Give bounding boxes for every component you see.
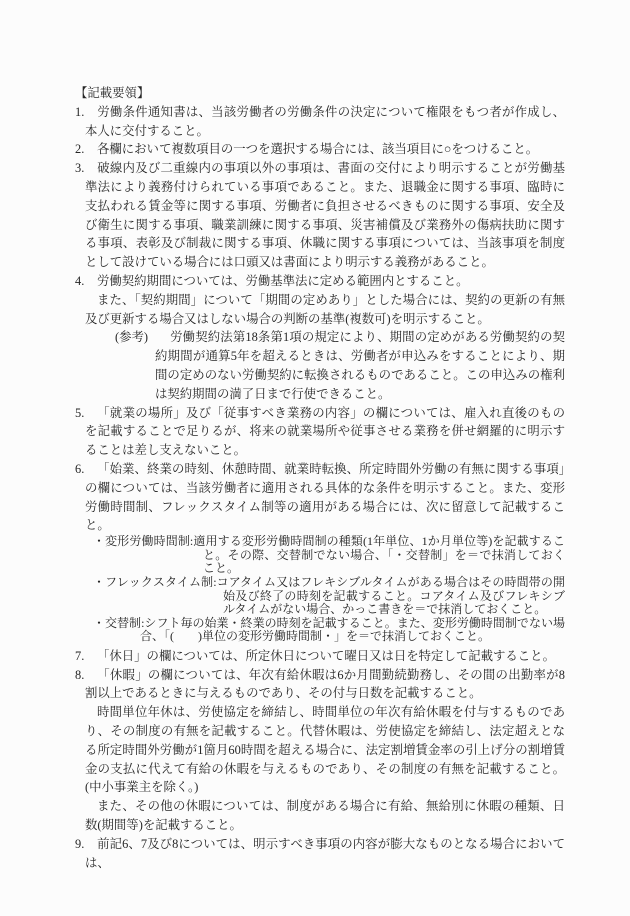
bullet-label: ・交替制:: [93, 616, 144, 630]
list-item-9: 9.前記6、7及び8については、明示すべき事項の内容が膨大なものとなる場合におい…: [75, 835, 565, 873]
list-item-6-bullets: ・変形労働時間制:適用する変形労働時間制の種類(1年単位、1か月単位等)を記載す…: [75, 535, 565, 644]
item-text: 労働契約期間については、労働基準法に定める範囲内とすること。: [97, 274, 468, 288]
item-number: 7.: [75, 647, 97, 666]
item-text: 「就業の場所」及び「従事すべき業務の内容」の欄については、雇入れ直後のものを記載…: [85, 406, 565, 458]
reference-label: (参考): [115, 328, 170, 347]
item-text: 労働条件通知書は、当該労働者の労働条件の決定について権限をもつ者が作成し、本人に…: [85, 105, 565, 138]
list-item-2: 2.各欄において複数項目の一つを選択する場合には、該当項目に○をつけること。: [75, 140, 565, 159]
list-item-4-paragraph-2: また、「契約期間」について「期間の定めあり」とした場合には、契約の更新の有無及び…: [75, 291, 565, 329]
page-title: 【記載要領】: [75, 84, 565, 103]
list-item-5: 5.「就業の場所」及び「従事すべき業務の内容」の欄については、雇入れ直後のものを…: [75, 404, 565, 460]
list-item-3: 3.破線内及び二重線内の事項以外の事項は、書面の交付により明示することが労働基準…: [75, 159, 565, 272]
item-number: 1.: [75, 103, 97, 122]
bullet-flex-time: ・フレックスタイム制:コアタイム又はフレキシブルタイムがある場合はその時間帯の開…: [75, 576, 565, 617]
item-number: 6.: [75, 460, 97, 479]
bullet-henkei-jikan: ・変形労働時間制:適用する変形労働時間制の種類(1年単位、1か月単位等)を記載す…: [75, 535, 565, 576]
bullet-text: 適用する変形労働時間制の種類(1年単位、1か月単位等)を記載すること。その際、交…: [193, 534, 565, 575]
list-item-6: 6.「始業、終業の時刻、休憩時間、就業時転換、所定時間外労働の有無に関する事項」…: [75, 460, 565, 535]
bullet-text: コアタイム又はフレキシブルタイムがある場合はその時間帯の開始及び終了の時刻を記載…: [217, 575, 565, 616]
item-number: 5.: [75, 404, 97, 423]
item-number: 8.: [75, 666, 97, 685]
list-item-4: 4.労働契約期間については、労働基準法に定める範囲内とすること。: [75, 272, 565, 291]
list-item-8-paragraph-3: また、その他の休暇については、制度がある場合に有給、無給別に休暇の種類、日数(期…: [75, 797, 565, 835]
item-text: 各欄において複数項目の一つを選択する場合には、該当項目に○をつけること。: [97, 142, 538, 156]
bullet-label: ・フレックスタイム制:: [93, 575, 217, 589]
list-item-8: 8.「休暇」の欄については、年次有給休暇は6か月間勤続勤務し、その間の出勤率が8…: [75, 666, 565, 704]
item-text: 前記6、7及び8については、明示すべき事項の内容が膨大なものとなる場合においては…: [85, 837, 565, 870]
bullet-label: ・変形労働時間制:: [93, 534, 193, 548]
item-text: 「始業、終業の時刻、休憩時間、就業時転換、所定時間外労働の有無に関する事項」の欄…: [85, 462, 565, 532]
reference-text: 労働契約法第18条第1項の規定により、期間の定めがある労働契約の契約期間が通算5…: [155, 330, 565, 400]
list-item-4-reference-note: (参考)労働契約法第18条第1項の規定により、期間の定めがある労働契約の契約期間…: [75, 328, 565, 403]
bullet-text: シフト毎の始業・終業の時刻を記載すること。また、変形労働時間制でない場合、「( …: [140, 616, 565, 644]
item-number: 3.: [75, 159, 97, 178]
list-item-1: 1.労働条件通知書は、当該労働者の労働条件の決定について権限をもつ者が作成し、本…: [75, 103, 565, 141]
list-item-8-paragraph-2: 時間単位年休は、労使協定を締結し、時間単位の年次有給休暇を付与するものであり、そ…: [75, 703, 565, 797]
list-item-7: 7.「休日」の欄については、所定休日について曜日又は日を特定して記載すること。: [75, 647, 565, 666]
item-number: 4.: [75, 272, 97, 291]
item-text: 「休日」の欄については、所定休日について曜日又は日を特定して記載すること。: [97, 649, 555, 663]
item-number: 2.: [75, 140, 97, 159]
item-text: 「休暇」の欄については、年次有給休暇は6か月間勤続勤務し、その間の出勤率が8割以…: [85, 668, 565, 701]
bullet-kotai-sei: ・交替制:シフト毎の始業・終業の時刻を記載すること。また、変形労働時間制でない場…: [75, 617, 565, 644]
document-page: 【記載要領】 1.労働条件通知書は、当該労働者の労働条件の決定について権限をもつ…: [75, 84, 565, 872]
item-text: 破線内及び二重線内の事項以外の事項は、書面の交付により明示することが労働基準法に…: [85, 161, 565, 269]
item-number: 9.: [75, 835, 97, 854]
